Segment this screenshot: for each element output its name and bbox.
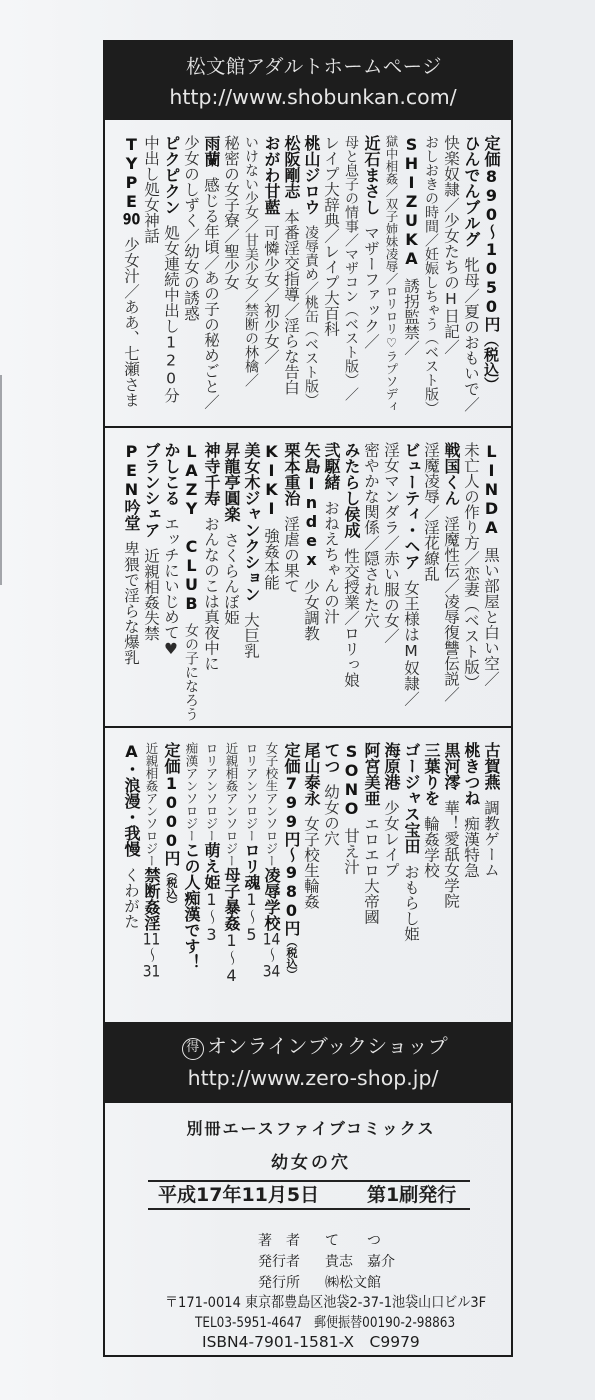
title-list: おねえちゃんの汁 xyxy=(322,500,340,624)
author-name: ビューティ・ヘア xyxy=(402,442,421,570)
price-label: 定価799円〜980円 xyxy=(282,742,301,936)
catalog-column: 密やかな関係／隠された穴 xyxy=(361,442,381,722)
credit-value: て つ xyxy=(325,1233,381,1249)
author-name: SONO xyxy=(342,742,361,818)
online-shop-title-row: 得オンラインブックショップ xyxy=(103,1034,513,1060)
author-name: ピクピクン xyxy=(162,135,181,215)
catalog-column: 弐駆緒おねえちゃんの汁 xyxy=(321,442,341,722)
author-name: 阿宮美亜 xyxy=(362,742,381,806)
title-list: いけない少女／甘美少女／禁断の林檎／ xyxy=(243,135,259,387)
section-divider xyxy=(103,426,513,428)
catalog-column: 定価890〜1050円（税込） xyxy=(481,135,501,420)
catalog-column: ピクピクン処女連続中出し120分 xyxy=(161,135,181,420)
author-name: 美女木ジャンクション xyxy=(242,442,261,602)
title-list: レイプ大辞典／レイプ大百科 xyxy=(322,135,340,337)
credit-label: 発行所 xyxy=(258,1275,325,1291)
anthology-title: 禁断姦淫 xyxy=(142,867,161,931)
anthology-series: 近親相姦アンソロジー xyxy=(224,742,239,867)
publisher-homepage-title: 松文館アダルトホームページ xyxy=(103,55,513,79)
title-list: 淫女マンダラ／赤い服の女／ xyxy=(382,442,400,644)
title-list: 秘密の女子寮／聖少女 xyxy=(222,135,240,290)
author-name: 松阪剛志 xyxy=(282,135,301,199)
author-name: 三葉りを xyxy=(422,742,441,806)
author-name: LINDA xyxy=(482,442,501,537)
title-list: 卑猥で淫らな爆乳 xyxy=(122,541,140,665)
author-name: 弐駆緒 xyxy=(322,442,341,490)
anthology-series: 近親相姦アンソロジー xyxy=(144,742,159,867)
title-list: 輪姦学校 xyxy=(422,816,440,878)
catalog-column: TYPE90少女汁／ああ、七瀬さま xyxy=(121,135,141,420)
catalog-column: 栗本重治淫虐の果て xyxy=(281,442,301,722)
title-list: おしおきの時間／妊娠しちゃう（ベスト版） xyxy=(423,135,439,415)
catalog-column: 痴漢アンソロジーこの人痴漢です！ xyxy=(181,742,201,1020)
catalog-column: SONO甘え汁 xyxy=(341,742,361,1020)
credit-author: 著 者て つ xyxy=(258,1233,381,1249)
printing-label: 第1刷発行 xyxy=(367,1184,456,1206)
book-title: 幼女の穴 xyxy=(161,1152,461,1174)
title-list: 黒い部屋と白い空／ xyxy=(482,547,500,687)
author-name: 黒河澪 xyxy=(442,742,461,790)
title-list: 性交授業／ロリっ娘 xyxy=(342,548,360,688)
title-list: 淫魔凌辱／淫花繚乱 xyxy=(422,442,440,582)
volume-range: 11〜31 xyxy=(142,931,161,979)
author-name: 古賀燕 xyxy=(482,742,501,790)
publisher-address: 〒171-0014 東京都豊島区池袋2-37-1池袋山口ビル3F xyxy=(165,1295,486,1311)
anthology-title: 萌え姫 xyxy=(202,842,221,890)
author-name: 尾山泰永 xyxy=(302,742,321,806)
catalog-column: おがわ甘藍可憐少女／初少女／ xyxy=(261,135,281,420)
catalog-column: 桃山ジロウ凌辱責め／桃缶（ベスト版） xyxy=(301,135,321,420)
imprint-label: 別冊エースファイブコミックス xyxy=(161,1119,461,1139)
catalog-column: 黒河澪華！愛舐女学院 xyxy=(441,742,461,1020)
author-name: 神寺千寿 xyxy=(202,442,221,506)
author-name: LAZY CLUB xyxy=(182,442,201,613)
volume-range: 14〜34 xyxy=(262,931,281,979)
title-list: 少女レイプ xyxy=(382,800,400,878)
title-list: マザーファック／ xyxy=(362,225,380,349)
catalog-column: LAZY CLUB女の子になろう xyxy=(181,442,201,722)
catalog-column: 近親相姦アンソロジー母子暴姦1〜4 xyxy=(221,742,241,1020)
title-list: 誘拐監禁／ xyxy=(402,278,420,356)
toku-circle-icon: 得 xyxy=(182,1038,204,1060)
title-list: おんなのこは真夜中に xyxy=(202,516,220,671)
anthology-series: 女子校生アンソロジー xyxy=(264,742,279,867)
volume-range: 1〜5 xyxy=(242,890,261,944)
title-list: 淫魔性伝／凌辱復讐伝説／ xyxy=(442,516,460,702)
title-list: 調教ゲーム xyxy=(482,800,500,878)
author-name: 海原港 xyxy=(382,742,401,790)
credit-value: 貴志 嘉介 xyxy=(325,1254,395,1270)
author-name: TYPE90 xyxy=(122,135,141,227)
section-divider xyxy=(103,726,513,728)
title-list: エッチにいじめて♥ xyxy=(162,516,180,658)
catalog-column: 秘密の女子寮／聖少女 xyxy=(221,135,241,420)
title-list: 母と息子の情事／マザコン（ベスト版）／ xyxy=(343,135,359,401)
title-list: 本番淫交指導／淫らな告白 xyxy=(282,209,300,395)
author-name: ひんでんブルグ xyxy=(462,135,481,247)
publisher-url: http://www.shobunkan.com/ xyxy=(103,85,513,109)
catalog-section-3: 古賀燕調教ゲーム 桃きつね痴漢特急 黒河澪華！愛舐女学院 三葉りを輪姦学校 ゴー… xyxy=(105,742,510,1020)
author-name: 桃きつね xyxy=(462,742,481,806)
catalog-column: 近石まさしマザーファック／ xyxy=(361,135,381,420)
rule-top xyxy=(148,1180,470,1182)
catalog-column: SHIZUKA誘拐監禁／ xyxy=(401,135,421,420)
author-name: 雨蘭 xyxy=(202,135,221,167)
catalog-column: ロリアンソロジーロリ魂1〜5 xyxy=(241,742,261,1020)
online-shop-banner: 得オンラインブックショップ http://www.zero-shop.jp/ xyxy=(103,1022,513,1103)
title-list: 強姦本能 xyxy=(262,528,280,590)
author-name: 戦国くん xyxy=(442,442,461,506)
catalog-column: かしこるエッチにいじめて♥ xyxy=(161,442,181,722)
title-list: 獄中相姦／双子姉妹凌辱／ロリロリ♡ラプソディ xyxy=(384,135,399,413)
title-list: 女の子になろう xyxy=(183,623,199,721)
title-list: 大巨乳 xyxy=(242,612,260,659)
credit-value: ㈱松文館 xyxy=(325,1275,381,1291)
catalog-column: ブランシェア近親相姦失禁 xyxy=(141,442,161,722)
author-name: おがわ甘藍 xyxy=(262,135,281,215)
isbn-code: ISBN4-7901-1581-X C9979 xyxy=(202,1333,420,1351)
catalog-column: LINDA黒い部屋と白い空／ xyxy=(481,442,501,722)
title-list: 中出し処女神話 xyxy=(142,135,160,244)
page-edge-shadow xyxy=(0,375,2,585)
catalog-column: みたらし侯成性交授業／ロリっ娘 xyxy=(341,442,361,722)
author-name: PEN吟堂 xyxy=(122,442,141,531)
catalog-column: 女子校生アンソロジー凌辱学校14〜34 xyxy=(261,742,281,1020)
title-list: 近親相姦失禁 xyxy=(142,548,160,641)
online-shop-title: オンラインブックショップ xyxy=(207,1034,448,1058)
author-name: KIKI xyxy=(262,442,281,518)
title-list: 密やかな関係／隠された穴 xyxy=(362,442,380,628)
publisher-banner: 松文館アダルトホームページ http://www.shobunkan.com/ xyxy=(103,40,513,120)
catalog-section-2: LINDA黒い部屋と白い空／ 未亡人の作り方／恋妻（ベスト版） 戦国くん淫魔性伝… xyxy=(105,442,510,722)
anthology-series: ロリアンソロジー xyxy=(204,742,219,842)
volume-range: 1〜3 xyxy=(202,890,221,944)
catalog-column: 桃きつね痴漢特急 xyxy=(461,742,481,1020)
author-name: かしこる xyxy=(162,442,181,506)
anthology-title: 凌辱学校 xyxy=(262,867,281,931)
title-list: エロエロ大帝國 xyxy=(362,816,380,925)
catalog-column: 神寺千寿おんなのこは真夜中に xyxy=(201,442,221,722)
author-name: A・浪漫・我慢 xyxy=(122,742,141,857)
catalog-column: 定価799円〜980円（税込） xyxy=(281,742,301,1020)
online-shop-url: http://www.zero-shop.jp/ xyxy=(103,1066,513,1090)
catalog-column: ひんでんブルグ牝母／夏のおもいで／ xyxy=(461,135,481,420)
title-list: 牝母／夏のおもいで／ xyxy=(462,257,480,412)
catalog-column: 雨蘭感じる年頃／あの子の秘めごと／ xyxy=(201,135,221,420)
author-name: てつ xyxy=(322,742,341,774)
catalog-column: 快楽奴隷／少女たちのH日記／ xyxy=(441,135,461,420)
catalog-section-1: 定価890〜1050円（税込） ひんでんブルグ牝母／夏のおもいで／ 快楽奴隷／少… xyxy=(105,135,510,420)
catalog-column: 尾山泰永女子校生輪姦 xyxy=(301,742,321,1020)
anthology-title: 母子暴姦 xyxy=(222,867,241,931)
catalog-column: ゴージャス宝田おもらし姫 xyxy=(401,742,421,1020)
volume-range: 1〜4 xyxy=(222,931,241,985)
author-name: みたらし侯成 xyxy=(342,442,361,538)
title-list: 快楽奴隷／少女たちのH日記／ xyxy=(442,135,460,355)
credit-label: 著 者 xyxy=(258,1233,325,1249)
catalog-column: 少女のしずく／幼女の誘惑 xyxy=(181,135,201,420)
title-list: おもらし姫 xyxy=(402,864,420,942)
title-list: 痴漢特急 xyxy=(462,816,480,878)
author-name: 矢島Index xyxy=(302,442,321,569)
catalog-column: レイプ大辞典／レイプ大百科 xyxy=(321,135,341,420)
title-list: 処女連続中出し120分 xyxy=(162,225,180,403)
price-label: 定価1000円 xyxy=(162,742,181,866)
catalog-column: 未亡人の作り方／恋妻（ベスト版） xyxy=(461,442,481,722)
catalog-column: 古賀燕調教ゲーム xyxy=(481,742,501,1020)
catalog-column: 美女木ジャンクション大巨乳 xyxy=(241,442,261,722)
title-list: 幼女の穴 xyxy=(322,784,340,846)
anthology-series: ロリアンソロジー xyxy=(244,742,259,842)
title-list: 淫虐の果て xyxy=(282,516,300,594)
catalog-column: 淫魔凌辱／淫花繚乱 xyxy=(421,442,441,722)
catalog-column: ロリアンソロジー萌え姫1〜3 xyxy=(201,742,221,1020)
title-list: さくらんぼ姫 xyxy=(222,532,240,625)
catalog-column: KIKI強姦本能 xyxy=(261,442,281,722)
author-name: 栗本重治 xyxy=(282,442,301,506)
title-list: 感じる年頃／あの子の秘めごと／ xyxy=(202,177,220,410)
credit-publishing-house: 発行所㈱松文館 xyxy=(258,1275,381,1291)
anthology-title: ロリ魂 xyxy=(242,842,261,890)
catalog-column: 定価1000円（税込） xyxy=(161,742,181,1020)
catalog-column: PEN吟堂卑猥で淫らな爆乳 xyxy=(121,442,141,722)
title-list: 華！愛舐女学院 xyxy=(442,800,460,909)
anthology-title: この人痴漢です！ xyxy=(182,842,201,970)
author-name: ブランシェア xyxy=(142,442,161,538)
title-list: 少女のしずく／幼女の誘惑 xyxy=(182,135,200,321)
catalog-column: 獄中相姦／双子姉妹凌辱／ロリロリ♡ラプソディ xyxy=(381,135,401,420)
author-name: SHIZUKA xyxy=(402,135,421,268)
tax-note: （税込） xyxy=(165,866,178,910)
author-name: 桃山ジロウ xyxy=(302,135,321,215)
catalog-column: A・浪漫・我慢くわがた xyxy=(121,742,141,1020)
tax-note: （税込） xyxy=(482,332,500,392)
catalog-column: 中出し処女神話 xyxy=(141,135,161,420)
author-name: ゴージャス宝田 xyxy=(402,742,421,854)
publisher-contact: TEL03-5951-4647 郵便振替00190-2-98863 xyxy=(195,1315,455,1331)
catalog-column: 近親相姦アンソロジー禁断姦淫11〜31 xyxy=(141,742,161,1020)
catalog-column: 昇龍亭圓楽さくらんぼ姫 xyxy=(221,442,241,722)
title-list: 少女汁／ああ、七瀬さま xyxy=(122,237,140,408)
rule-bottom xyxy=(148,1208,470,1210)
catalog-column: 海原港少女レイプ xyxy=(381,742,401,1020)
catalog-column: 松阪剛志本番淫交指導／淫らな告白 xyxy=(281,135,301,420)
credit-label: 発行者 xyxy=(258,1254,325,1270)
title-list: 甘え汁 xyxy=(342,828,360,875)
title-list: 凌辱責め／桃缶（ベスト版） xyxy=(303,225,319,407)
catalog-column: 戦国くん淫魔性伝／凌辱復讐伝説／ xyxy=(441,442,461,722)
price-label: 定価890〜1050円 xyxy=(482,135,501,332)
anthology-series: 痴漢アンソロジー xyxy=(184,742,199,842)
catalog-column: 淫女マンダラ／赤い服の女／ xyxy=(381,442,401,722)
title-list: 女子校生輪姦 xyxy=(302,816,320,909)
title-list: 女王様はM奴隷／ xyxy=(402,580,420,707)
author-name: 近石まさし xyxy=(362,135,381,215)
title-list: くわがた xyxy=(122,867,140,929)
catalog-column: てつ幼女の穴 xyxy=(321,742,341,1020)
catalog-column: いけない少女／甘美少女／禁断の林檎／ xyxy=(241,135,261,420)
title-list: 可憐少女／初少女／ xyxy=(262,225,280,365)
title-list: 少女調教 xyxy=(302,579,320,641)
author-name: 昇龍亭圓楽 xyxy=(222,442,241,522)
catalog-column: ビューティ・ヘア女王様はM奴隷／ xyxy=(401,442,421,722)
tax-note: （税込） xyxy=(285,936,298,980)
publication-date: 平成17年11月5日 xyxy=(158,1184,319,1206)
title-list: 未亡人の作り方／恋妻（ベスト版） xyxy=(462,442,480,690)
catalog-column: 阿宮美亜エロエロ大帝國 xyxy=(361,742,381,1020)
catalog-column: 矢島Index少女調教 xyxy=(301,442,321,722)
credit-publisher: 発行者貴志 嘉介 xyxy=(258,1254,395,1270)
catalog-column: 母と息子の情事／マザコン（ベスト版）／ xyxy=(341,135,361,420)
catalog-column: おしおきの時間／妊娠しちゃう（ベスト版） xyxy=(421,135,441,420)
catalog-column: 三葉りを輪姦学校 xyxy=(421,742,441,1020)
